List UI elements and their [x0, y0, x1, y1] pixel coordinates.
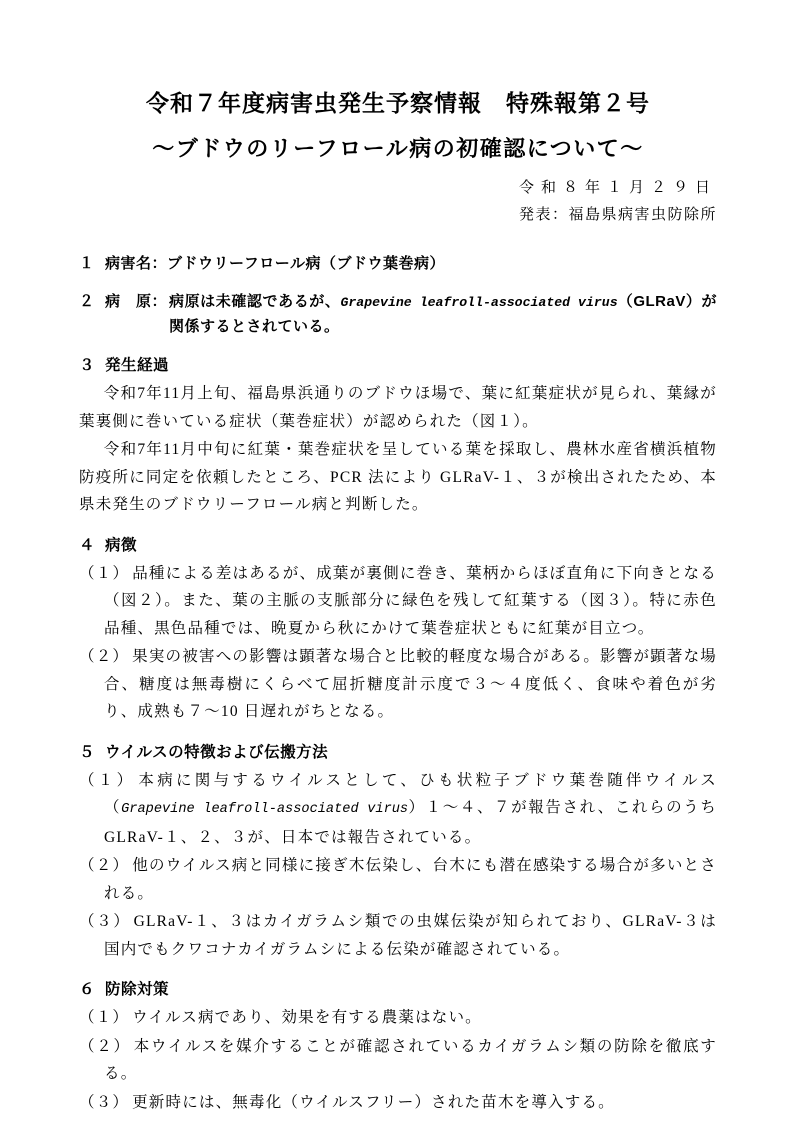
paragraph: 令和7年11月上旬、福島県浜通りのブドウほ場で、葉に紅葉症状が見られ、葉縁が葉裏… [79, 380, 717, 435]
virus-name-italic: Grapevine leafroll-associated virus [121, 802, 408, 817]
section-heading: ４病徴 [79, 533, 717, 559]
item-text: 果実の被害への影響は顕著な場合と比較的軽度な場合がある。影響が顕著な場合、糖度は… [104, 648, 717, 720]
item-text: 品種による差はあるが、成葉が裏側に巻き、葉柄からほぼ直角に下向きとなる（図２）。… [104, 565, 717, 637]
item-marker: （３） [79, 913, 131, 930]
item-marker: （１） [79, 1009, 129, 1026]
section-number: １ [79, 253, 105, 275]
numbered-item: （２）果実の被害への影響は顕著な場合と比較的軽度な場合がある。影響が顕著な場合、… [79, 643, 717, 726]
section-heading-text: 発生経過 [105, 357, 169, 374]
paragraph: 令和7年11月中旬に紅葉・葉巻症状を呈している葉を採取し、農林水産省横浜植物防疫… [79, 436, 717, 519]
item-marker: （２） [79, 648, 129, 665]
numbered-item: （１）本病に関与するウイルスとして、ひも状粒子ブドウ葉巻随伴ウイルス（Grape… [79, 767, 717, 852]
item-text: 本ウイルスを媒介することが確認されているカイガラムシ類の防除を徹底する。 [104, 1038, 717, 1083]
item-marker: （３） [79, 1094, 129, 1111]
item-marker: （１） [79, 772, 135, 789]
section-occurrence-history: ３発生経過 令和7年11月上旬、福島県浜通りのブドウほ場で、葉に紅葉症状が見られ… [79, 353, 717, 519]
pathogen-text-pre: 病原は未確認であるが、 [169, 293, 340, 310]
item-text: GLRaV-１、３はカイガラムシ類での虫媒伝染が知られており、GLRaV-３は国… [104, 913, 717, 958]
item-marker: （２） [79, 857, 129, 874]
doc-title: 令和７年度病害虫発生予察情報 特殊報第２号 [79, 88, 717, 118]
document-page: 令和７年度病害虫発生予察情報 特殊報第２号 ～ブドウのリーフロール病の初確認につ… [0, 0, 794, 1123]
item-marker: （２） [79, 1038, 131, 1055]
item-text: ウイルス病であり、効果を有する農薬はない。 [132, 1009, 482, 1026]
doc-subtitle: ～ブドウのリーフロール病の初確認について～ [79, 134, 717, 163]
numbered-item: （１）品種による差はあるが、成葉が裏側に巻き、葉柄からほぼ直角に下向きとなる（図… [79, 560, 717, 643]
section-control-measures: ６防除対策 （１）ウイルス病であり、効果を有する農薬はない。 （２）本ウイルスを… [79, 977, 717, 1116]
section-disease-name: １病害名：ブドウリーフロール病（ブドウ葉巻病） [79, 253, 717, 275]
section-heading: ５ウイルスの特徴および伝搬方法 [79, 740, 717, 766]
section-heading: ３発生経過 [79, 353, 717, 379]
pathogen-label: 病 原： [105, 290, 169, 339]
pathogen-text: 病原は未確認であるが、Grapevine leafroll-associated… [169, 290, 717, 339]
disease-name-text: 病害名：ブドウリーフロール病（ブドウ葉巻病） [105, 255, 445, 272]
publisher-line: 発表：福島県病害虫防除所 [79, 202, 717, 229]
section-virus-characteristics: ５ウイルスの特徴および伝搬方法 （１）本病に関与するウイルスとして、ひも状粒子ブ… [79, 740, 717, 964]
section-heading: ６防除対策 [79, 977, 717, 1003]
numbered-item: （３）GLRaV-１、３はカイガラムシ類での虫媒伝染が知られており、GLRaV-… [79, 908, 717, 963]
section-heading-text: ウイルスの特徴および伝搬方法 [105, 744, 328, 761]
section-number: ６ [79, 977, 105, 1003]
numbered-item: （１）ウイルス病であり、効果を有する農薬はない。 [79, 1004, 717, 1032]
section-number: ５ [79, 740, 105, 766]
numbered-item: （２）本ウイルスを媒介することが確認されているカイガラムシ類の防除を徹底する。 [79, 1033, 717, 1088]
section-symptoms: ４病徴 （１）品種による差はあるが、成葉が裏側に巻き、葉柄からほぼ直角に下向きと… [79, 533, 717, 726]
section-number: ４ [79, 533, 105, 559]
section-number: ２ [79, 290, 105, 339]
numbered-item: （３）更新時には、無毒化（ウイルスフリー）された苗木を導入する。 [79, 1089, 717, 1117]
issue-date: 令和８年１月２９日 [79, 175, 717, 202]
virus-name-italic: Grapevine leafroll-associated virus [340, 295, 617, 310]
section-pathogen: ２ 病 原： 病原は未確認であるが、Grapevine leafroll-ass… [79, 290, 717, 339]
item-marker: （１） [79, 565, 129, 582]
item-text: 更新時には、無毒化（ウイルスフリー）された苗木を導入する。 [132, 1094, 615, 1111]
section-heading-text: 防除対策 [105, 981, 169, 998]
section-heading-text: 病徴 [105, 537, 137, 554]
item-text: 他のウイルス病と同様に接ぎ木伝染し、台木にも潜在感染する場合が多いとされる。 [104, 857, 717, 902]
section-number: ３ [79, 353, 105, 379]
doc-meta: 令和８年１月２９日 発表：福島県病害虫防除所 [79, 175, 717, 229]
numbered-item: （２）他のウイルス病と同様に接ぎ木伝染し、台木にも潜在感染する場合が多いとされる… [79, 852, 717, 907]
